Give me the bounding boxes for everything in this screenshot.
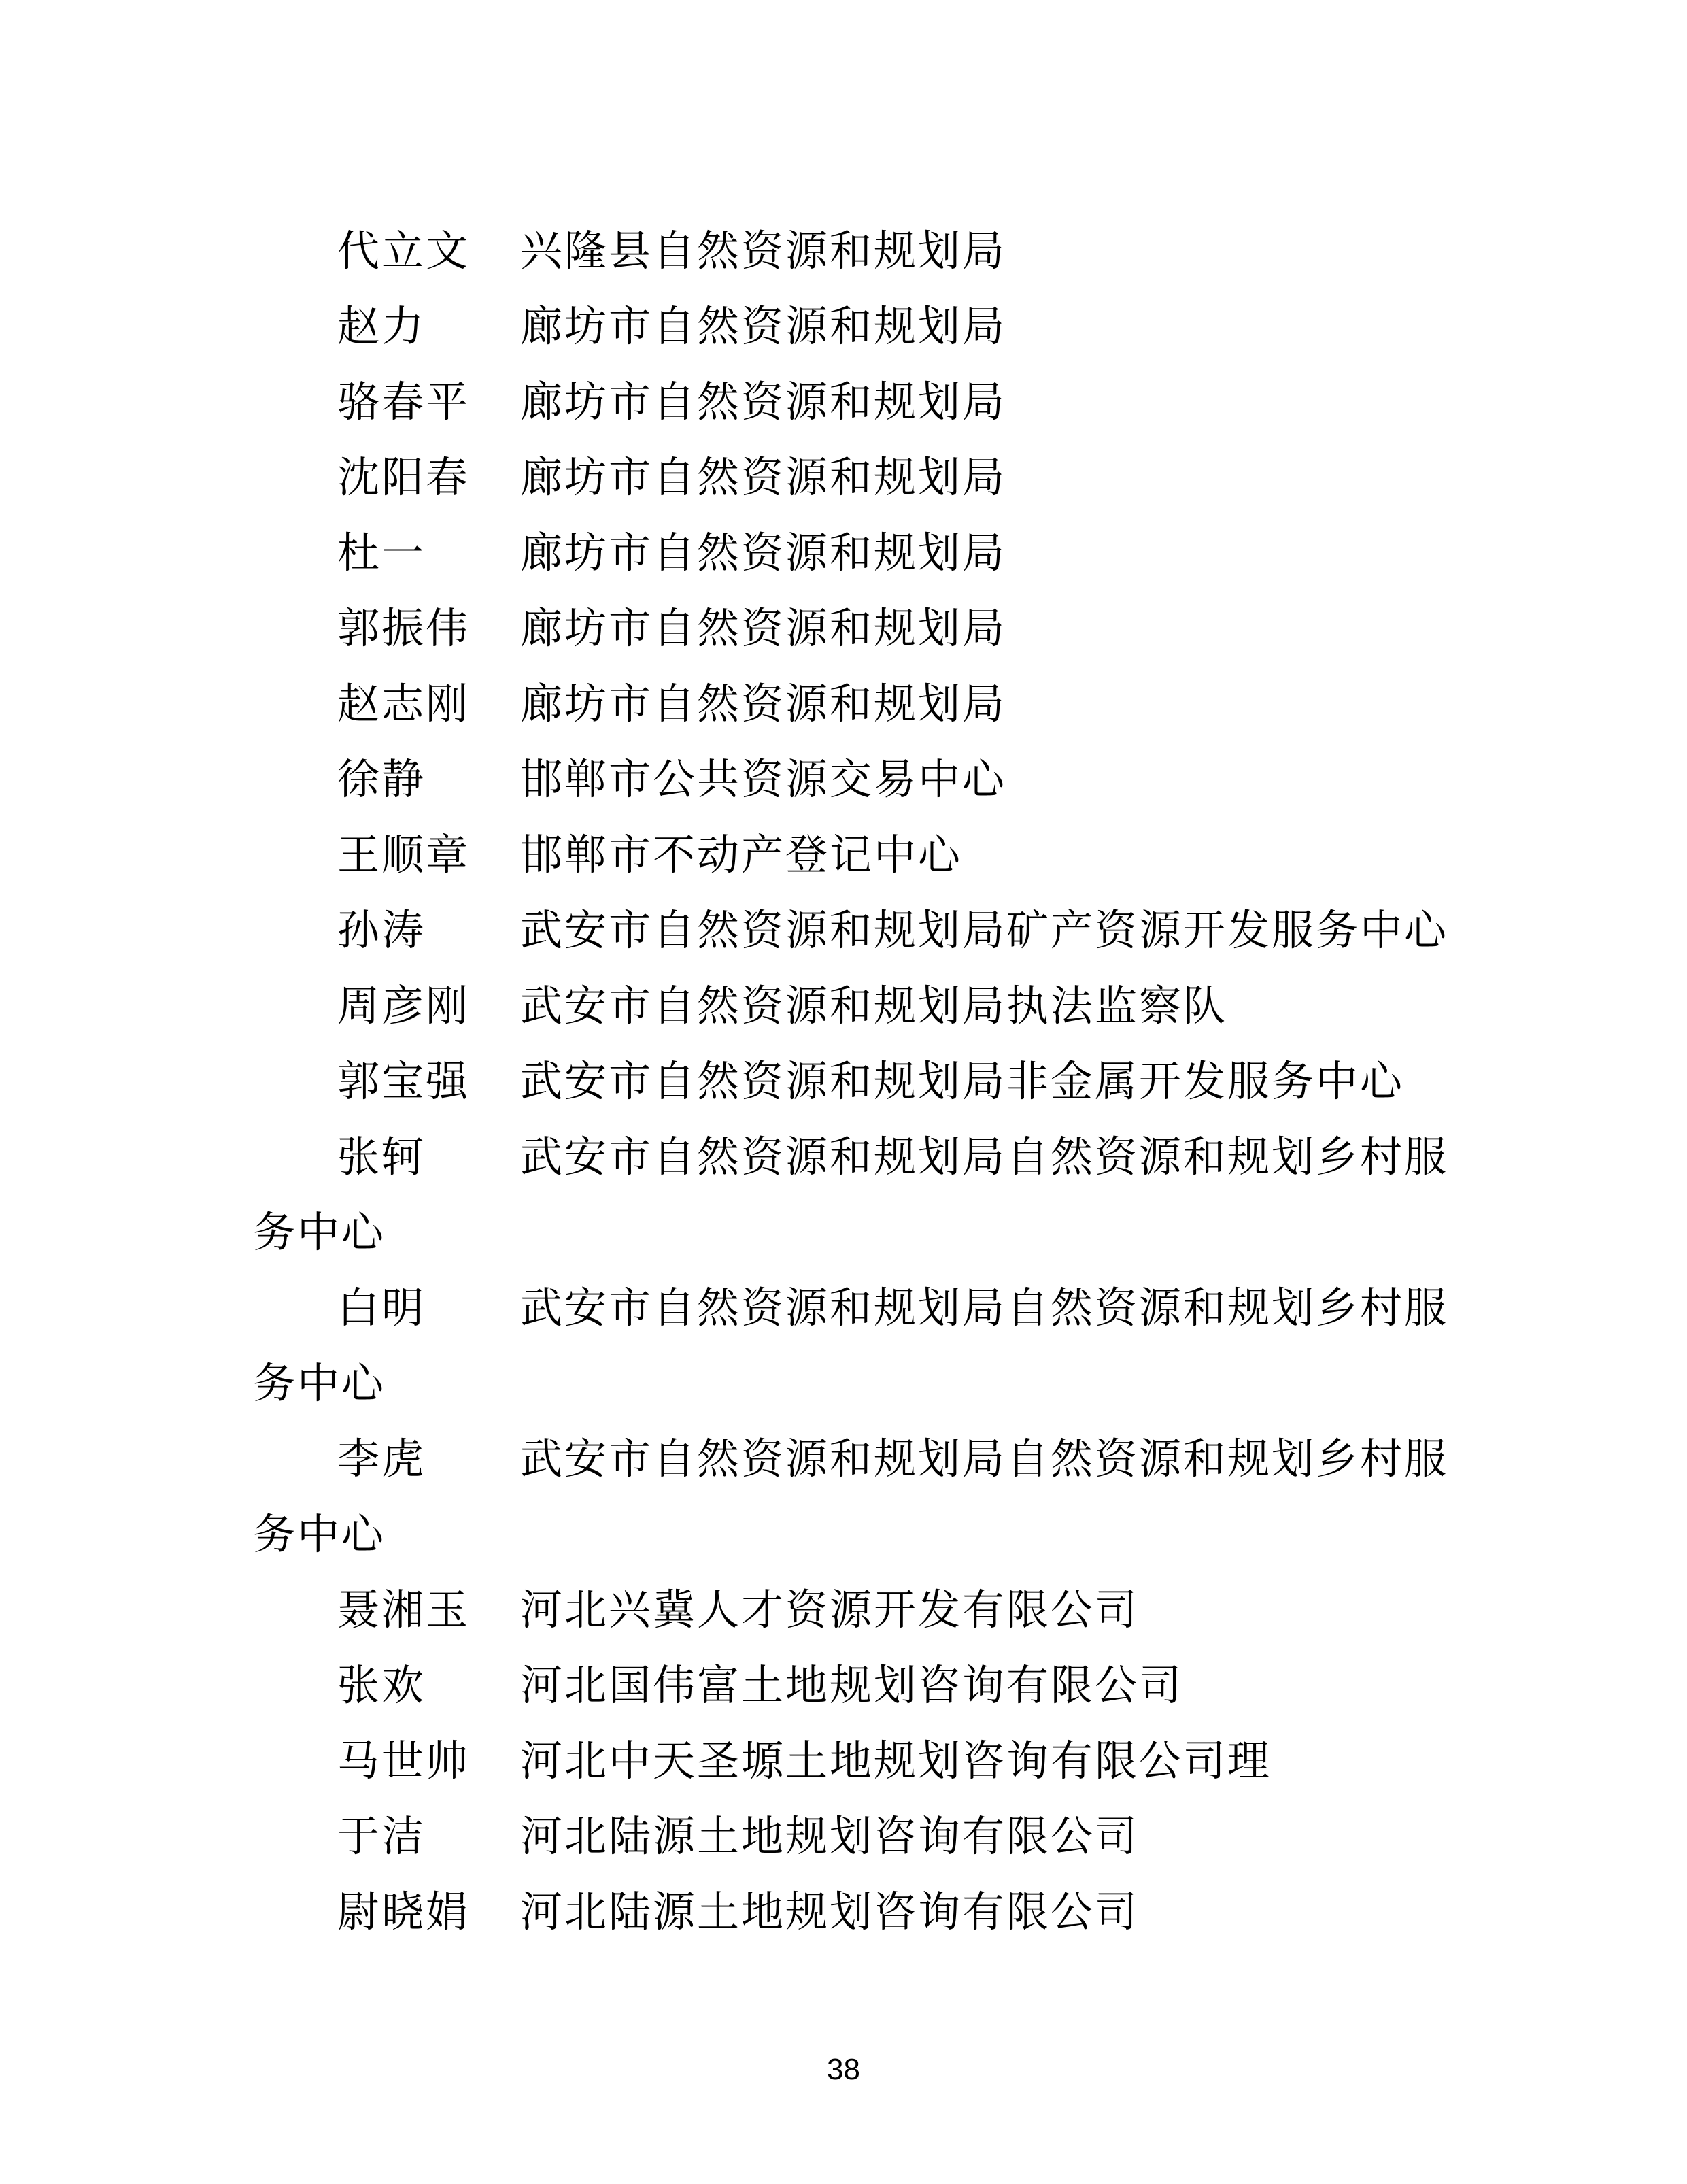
roster-entry: 徐静邯郸市公共资源交易中心 (253, 743, 1470, 818)
page-number: 38 (0, 2053, 1687, 2087)
person-name: 聂湘玉 (253, 1573, 520, 1649)
organization-name: 河北兴冀人才资源开发有限公司 (520, 1587, 1139, 1634)
organization-name: 廊坊市自然资源和规划局 (520, 682, 1006, 728)
roster-entry: 周彦刚武安市自然资源和规划局执法监察队 (253, 969, 1470, 1045)
roster-list: 代立文兴隆县自然资源和规划局 赵力廊坊市自然资源和规划局 骆春平廊坊市自然资源和… (253, 214, 1470, 1951)
organization-name: 河北陆源土地规划咨询有限公司 (520, 1814, 1139, 1860)
roster-entry: 赵志刚廊坊市自然资源和规划局 (253, 667, 1470, 743)
organization-name: 武安市自然资源和规划局非金属开发服务中心 (520, 1059, 1404, 1105)
person-name: 赵志刚 (253, 667, 520, 743)
roster-entry: 王顺章邯郸市不动产登记中心 (253, 818, 1470, 894)
roster-entry: 沈阳春廊坊市自然资源和规划局 (253, 441, 1470, 516)
person-name: 代立文 (253, 214, 520, 290)
person-name: 郭宝强 (253, 1045, 520, 1120)
roster-entry: 马世帅河北中天圣塬土地规划咨询有限公司理 (253, 1724, 1470, 1800)
person-name: 赵力 (253, 290, 520, 365)
roster-entry: 李虎武安市自然资源和规划局自然资源和规划乡村服务中心 (253, 1422, 1470, 1573)
roster-entry: 尉晓娟河北陆源土地规划咨询有限公司 (253, 1875, 1470, 1951)
organization-name: 廊坊市自然资源和规划局 (520, 455, 1006, 501)
person-name: 于洁 (253, 1800, 520, 1875)
organization-name: 廊坊市自然资源和规划局 (520, 606, 1006, 652)
roster-entry: 张欢河北国伟富土地规划咨询有限公司 (253, 1649, 1470, 1724)
roster-entry: 骆春平廊坊市自然资源和规划局 (253, 365, 1470, 441)
person-name: 李虎 (253, 1422, 520, 1498)
roster-entry: 于洁河北陆源土地规划咨询有限公司 (253, 1800, 1470, 1875)
roster-entry: 孙涛武安市自然资源和规划局矿产资源开发服务中心 (253, 894, 1470, 969)
person-name: 王顺章 (253, 818, 520, 894)
person-name: 周彦刚 (253, 969, 520, 1045)
person-name: 骆春平 (253, 365, 520, 441)
roster-entry: 杜一廊坊市自然资源和规划局 (253, 516, 1470, 592)
organization-name: 河北中天圣塬土地规划咨询有限公司理 (520, 1738, 1272, 1785)
person-name: 马世帅 (253, 1724, 520, 1800)
document-page: 代立文兴隆县自然资源和规划局 赵力廊坊市自然资源和规划局 骆春平廊坊市自然资源和… (0, 0, 1687, 2184)
roster-entry: 郭宝强武安市自然资源和规划局非金属开发服务中心 (253, 1045, 1470, 1120)
organization-name: 河北国伟富土地规划咨询有限公司 (520, 1663, 1183, 1709)
roster-entry: 张轲武安市自然资源和规划局自然资源和规划乡村服务中心 (253, 1120, 1470, 1271)
roster-entry: 白明武安市自然资源和规划局自然资源和规划乡村服务中心 (253, 1271, 1470, 1422)
organization-name: 河北陆源土地规划咨询有限公司 (520, 1889, 1139, 1936)
organization-name: 兴隆县自然资源和规划局 (520, 229, 1006, 275)
person-name: 孙涛 (253, 894, 520, 969)
person-name: 郭振伟 (253, 592, 520, 667)
organization-name: 廊坊市自然资源和规划局 (520, 531, 1006, 577)
roster-entry: 聂湘玉河北兴冀人才资源开发有限公司 (253, 1573, 1470, 1649)
person-name: 杜一 (253, 516, 520, 592)
organization-name: 廊坊市自然资源和规划局 (520, 304, 1006, 350)
organization-name: 武安市自然资源和规划局矿产资源开发服务中心 (520, 908, 1448, 954)
organization-name: 武安市自然资源和规划局执法监察队 (520, 984, 1227, 1030)
person-name: 沈阳春 (253, 441, 520, 516)
organization-name: 邯郸市不动产登记中心 (520, 833, 962, 879)
organization-name: 邯郸市公共资源交易中心 (520, 757, 1006, 803)
person-name: 张欢 (253, 1649, 520, 1724)
organization-name: 廊坊市自然资源和规划局 (520, 380, 1006, 426)
person-name: 白明 (253, 1271, 520, 1347)
roster-entry: 赵力廊坊市自然资源和规划局 (253, 290, 1470, 365)
roster-entry: 郭振伟廊坊市自然资源和规划局 (253, 592, 1470, 667)
person-name: 徐静 (253, 743, 520, 818)
person-name: 尉晓娟 (253, 1875, 520, 1951)
roster-entry: 代立文兴隆县自然资源和规划局 (253, 214, 1470, 290)
person-name: 张轲 (253, 1120, 520, 1196)
